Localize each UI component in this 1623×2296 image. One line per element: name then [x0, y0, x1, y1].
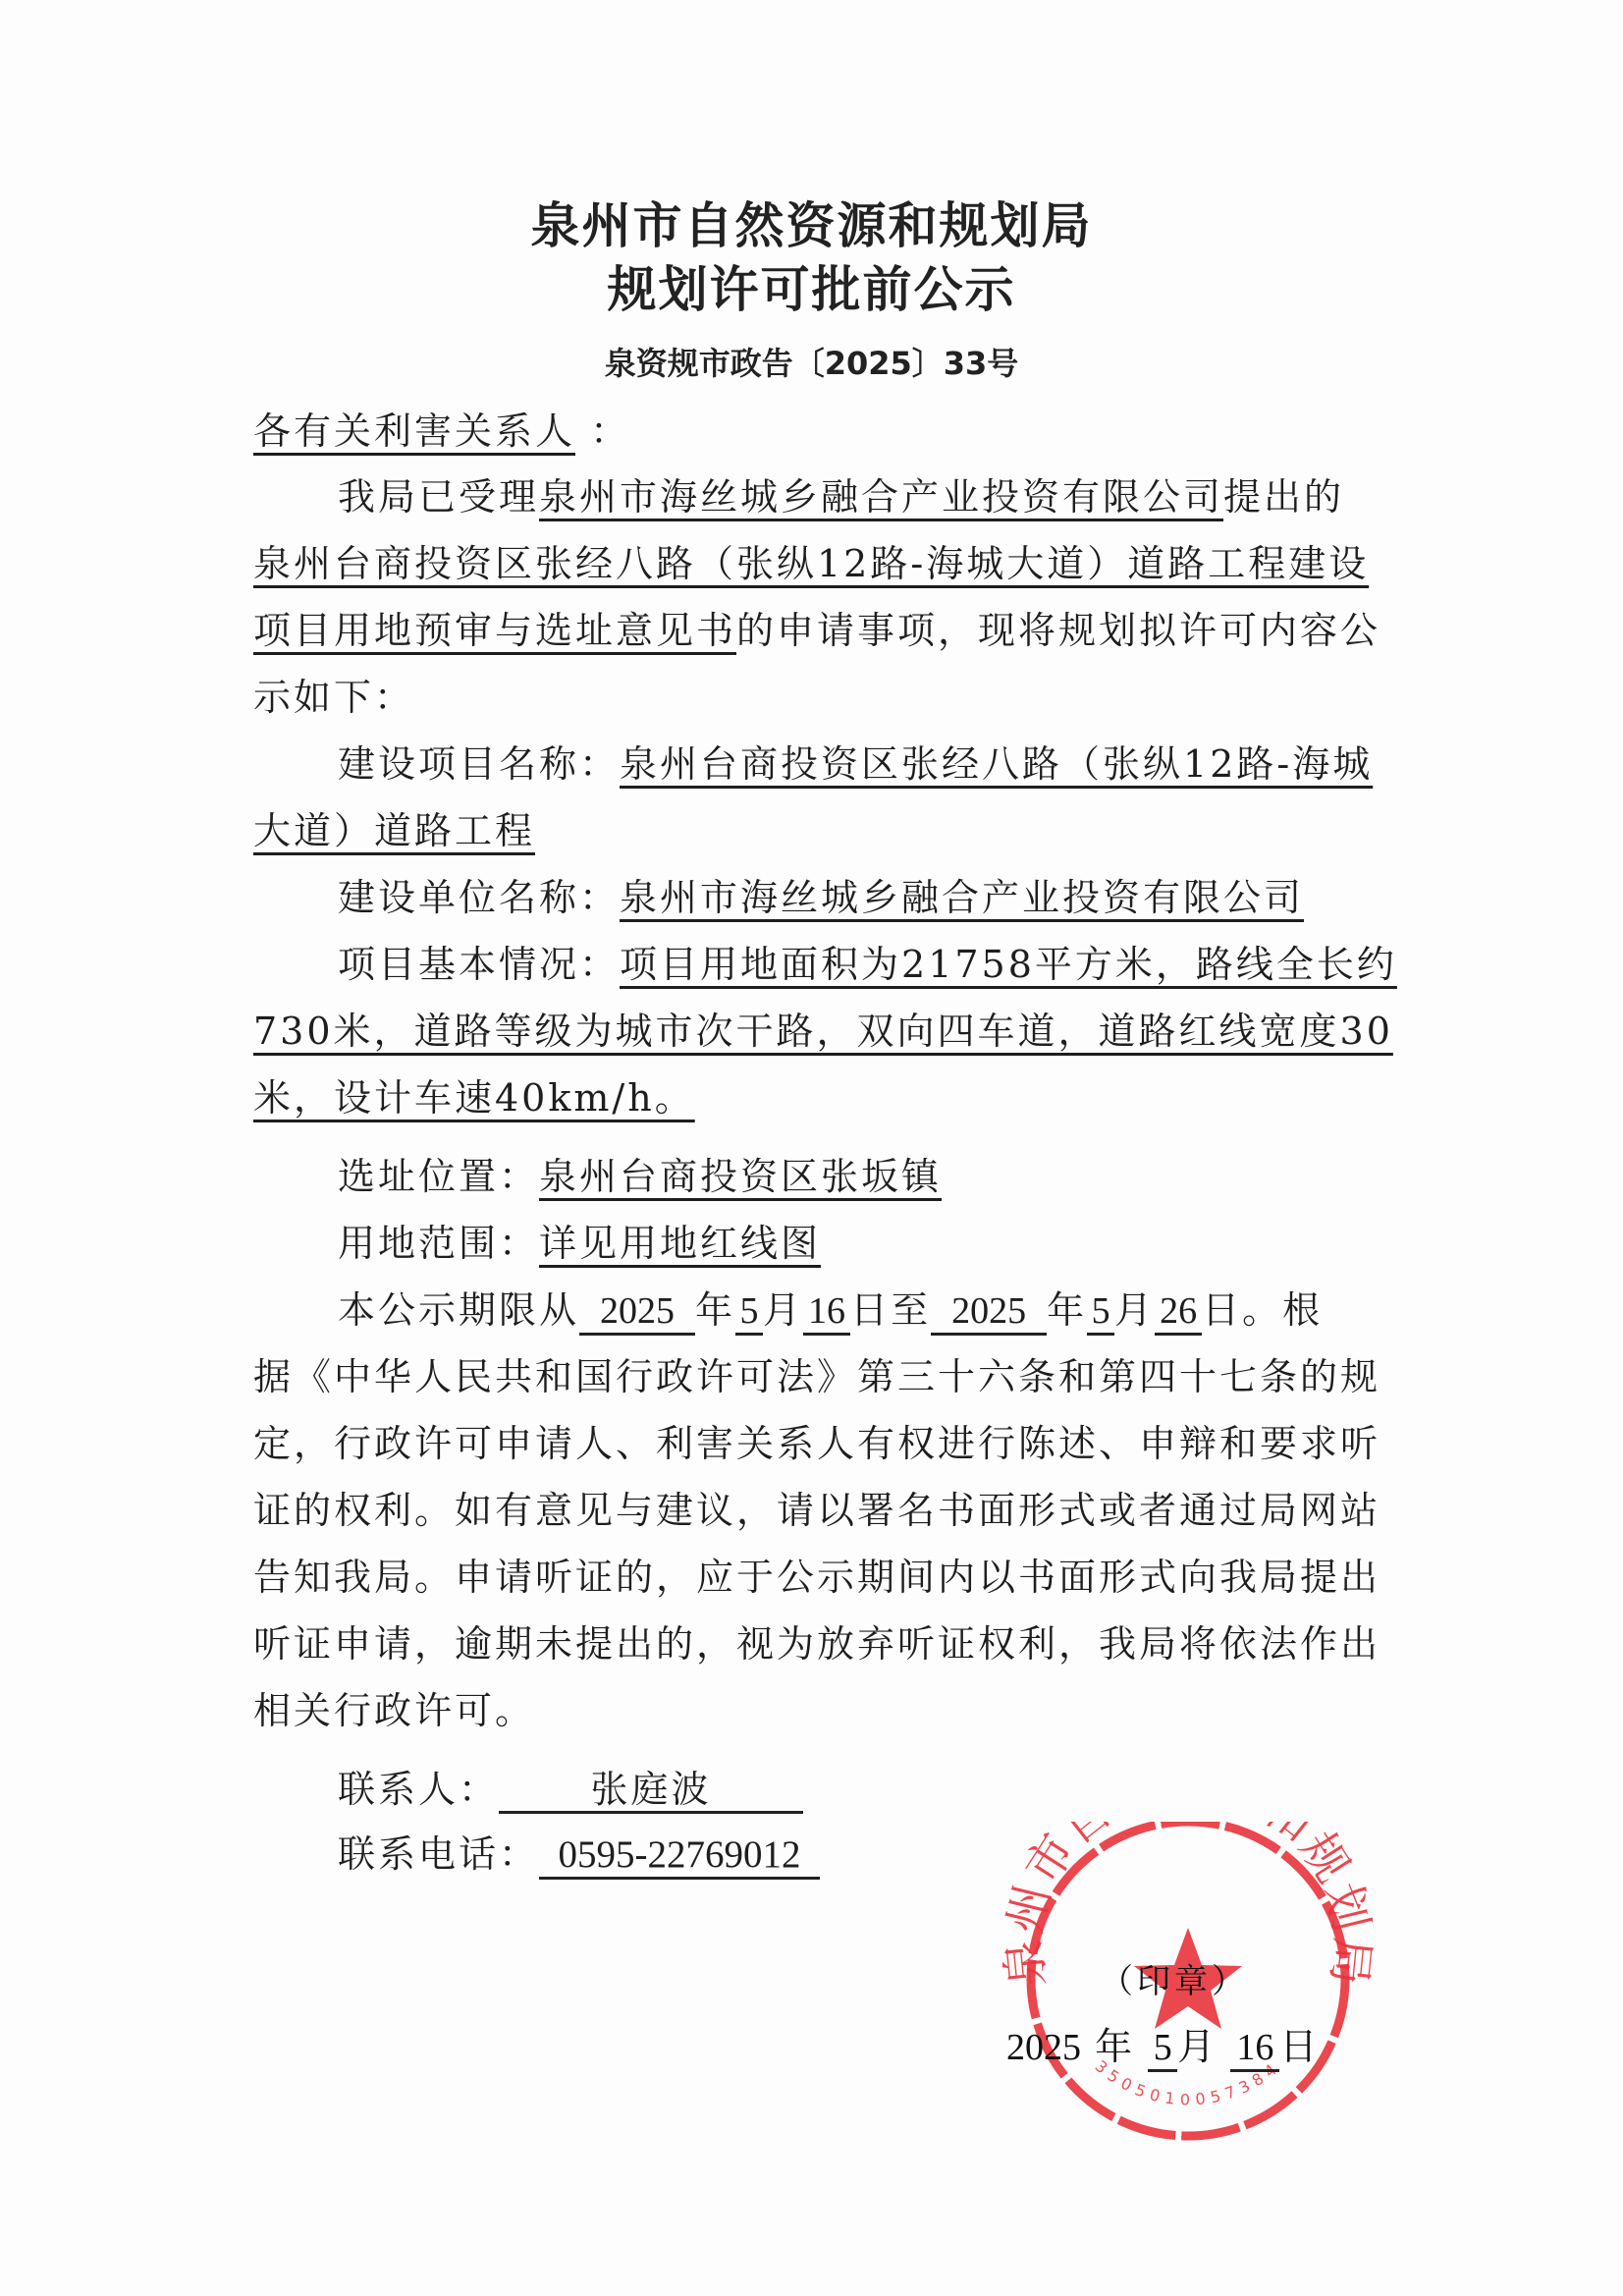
sign-month: 5 — [1148, 2026, 1177, 2072]
period-start-year: 2025 — [579, 1289, 695, 1336]
intro-line-2: 泉州台商投资区张经八路（张纵12路-海城大道）道路工程建设 — [253, 538, 1392, 589]
period-start-day: 16 — [803, 1289, 850, 1336]
document-page: 泉州市自然资源和规划局 规划许可批前公示 泉资规市政告〔2025〕33号 各有关… — [0, 0, 1623, 2296]
salutation: 各有关利害关系人 ： — [253, 406, 1392, 457]
period-to: 至 — [891, 1288, 931, 1332]
period-suffix: 日。根 — [1202, 1288, 1323, 1332]
project-name-value: 泉州台商投资区张经八路（张纵12路-海城 — [620, 742, 1373, 786]
period-prefix: 本公示期限从 — [338, 1288, 579, 1332]
project-name-label: 建设项目名称： — [338, 742, 620, 786]
site-label: 选址位置： — [338, 1155, 539, 1198]
period-line-6: 听证申请，逾期未提出的，视为放弃听证权利，我局将依法作出 — [253, 1618, 1392, 1669]
day-char: 日 — [1279, 2025, 1319, 2068]
intro-suffix: 提出的 — [1223, 475, 1344, 519]
intro-continuation: 的申请事项，现将规划拟许可内容公 — [736, 609, 1380, 652]
intro-line-1: 我局已受理泉州市海丝城乡融合产业投资有限公司提出的 — [338, 471, 1477, 522]
period-end-day: 26 — [1155, 1289, 1202, 1336]
signature-date: 2025 年 5月 16日 — [1006, 2021, 1319, 2073]
basic-row: 项目基本情况：项目用地面积为21758平方米，路线全长约 — [338, 939, 1477, 990]
contact-person-value: 张庭波 — [499, 1768, 803, 1814]
contact-person-row: 联系人：张庭波 — [338, 1764, 1477, 1815]
document-number: 泉资规市政告〔2025〕33号 — [0, 339, 1623, 384]
basic-value: 项目用地面积为21758平方米，路线全长约 — [620, 943, 1397, 986]
period-line-7: 相关行政许可。 — [253, 1685, 1392, 1736]
period-row: 本公示期限从2025年5月16日至2025年5月26日。根 — [338, 1285, 1477, 1336]
year-char: 年 — [1095, 2025, 1134, 2068]
month-char: 月 — [763, 1288, 803, 1332]
basic-value-end: 米，设计车速40km/h。 — [253, 1076, 695, 1120]
scope-row: 用地范围：详见用地红线图 — [338, 1218, 1477, 1269]
basic-label: 项目基本情况： — [338, 943, 620, 986]
basic-value-cont: 730米，道路等级为城市次干路，双向四车道，道路红线宽度30 — [253, 1010, 1393, 1053]
period-end-year: 2025 — [931, 1289, 1047, 1336]
contact-phone-value: 0595-22769012 — [539, 1833, 820, 1880]
unit-label: 建设单位名称： — [338, 876, 620, 919]
period-line-5: 告知我局。申请听证的，应于公示期间内以书面形式向我局提出 — [253, 1552, 1392, 1603]
salutation-text: 各有关利害关系人 — [253, 410, 575, 453]
contact-person-label: 联系人： — [338, 1768, 499, 1811]
salutation-colon: ： — [590, 410, 630, 453]
period-start-month: 5 — [735, 1289, 763, 1336]
sign-day: 16 — [1230, 2026, 1279, 2072]
project-name-row-2: 大道）道路工程 — [253, 805, 1392, 856]
year-char: 年 — [695, 1288, 735, 1332]
title-line-2: 规划许可批前公示 — [0, 250, 1623, 321]
basic-row-2: 730米，道路等级为城市次干路，双向四车道，道路红线宽度30 — [253, 1006, 1392, 1057]
site-value: 泉州台商投资区张坂镇 — [539, 1155, 942, 1198]
period-end-month: 5 — [1087, 1289, 1114, 1336]
sign-year: 2025 — [1006, 2027, 1081, 2068]
month-char: 月 — [1114, 1288, 1155, 1332]
project-title: 泉州台商投资区张经八路（张纵12路-海城大道）道路工程建设 — [253, 542, 1369, 585]
intro-line-4: 示如下： — [253, 672, 1392, 723]
intro-prefix: 我局已受理 — [338, 475, 539, 519]
scope-value: 详见用地红线图 — [539, 1222, 821, 1265]
intro-line-3: 项目用地预审与选址意见书的申请事项，现将规划拟许可内容公 — [253, 605, 1392, 656]
site-row: 选址位置：泉州台商投资区张坂镇 — [338, 1151, 1477, 1202]
unit-value: 泉州市海丝城乡融合产业投资有限公司 — [620, 876, 1304, 919]
day-char: 日 — [850, 1288, 891, 1332]
seal-label: （印章） — [1100, 1954, 1249, 2002]
title-line-1: 泉州市自然资源和规划局 — [0, 187, 1623, 257]
applicant-name: 泉州市海丝城乡融合产业投资有限公司 — [539, 475, 1223, 519]
period-line-4: 证的权利。如有意见与建议，请以署名书面形式或者通过局网站 — [253, 1485, 1392, 1536]
year-char: 年 — [1047, 1288, 1087, 1332]
project-name-value-cont: 大道）道路工程 — [253, 809, 535, 852]
scope-label: 用地范围： — [338, 1222, 539, 1265]
basic-row-3: 米，设计车速40km/h。 — [253, 1072, 1392, 1123]
contact-phone-label: 联系电话： — [338, 1832, 539, 1876]
project-name-row: 建设项目名称：泉州台商投资区张经八路（张纵12路-海城 — [338, 738, 1477, 790]
period-line-2: 据《中华人民共和国行政许可法》第三十六条和第四十七条的规 — [253, 1351, 1392, 1402]
period-line-3: 定，行政许可申请人、利害关系人有权进行陈述、申辩和要求听 — [253, 1418, 1392, 1469]
application-type: 项目用地预审与选址意见书 — [253, 609, 736, 652]
unit-row: 建设单位名称：泉州市海丝城乡融合产业投资有限公司 — [338, 872, 1477, 923]
month-char: 月 — [1177, 2025, 1217, 2068]
